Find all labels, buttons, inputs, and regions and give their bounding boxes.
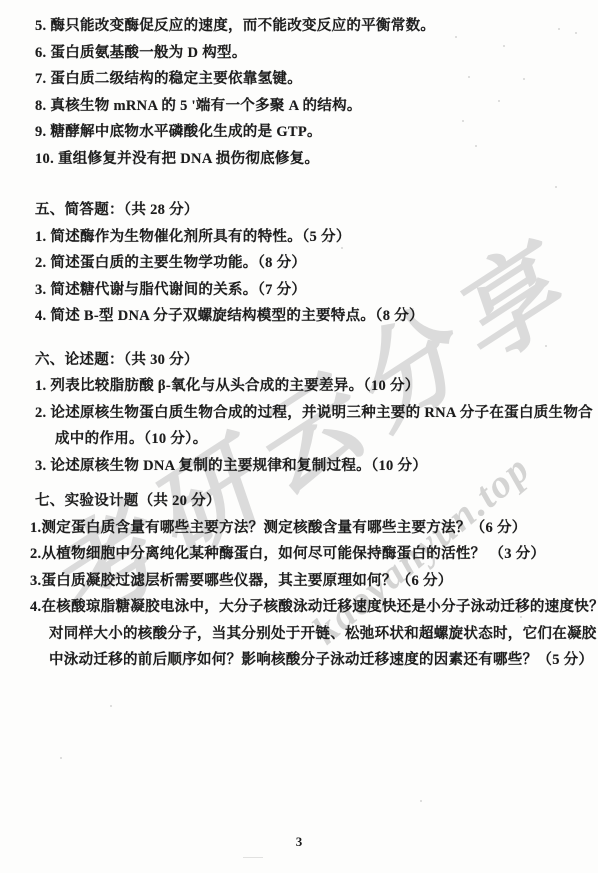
section-seven-item-2: 2.从植物细胞中分离纯化某种酶蛋白，如何尽可能保持酶蛋白的活性？ （3 分） [30,541,591,568]
section-seven-item-4-line-1: 4.在核酸琼脂糖凝胶电泳中，大分子核酸泳动迁移速度快还是小分子泳动迁移的速度快？ [30,594,591,621]
judge-item-6: 6. 蛋白质氨基酸一般为 D 构型。 [35,40,591,67]
scan-noise-dot [60,757,62,759]
section-seven-title: 七、实验设计题（共 20 分） [35,488,591,515]
section-six-item-1: 1. 列表比较脂肪酸 β-氧化与从头合成的主要差异。（10 分） [35,373,591,400]
exam-content: 5. 酶只能改变酶促反应的速度，而不能改变反应的平衡常数。 6. 蛋白质氨基酸一… [35,13,591,674]
section-five-short-answer: 五、简答题：（共 28 分） 1. 简述酶作为生物催化剂所具有的特性。（5 分）… [35,197,591,330]
page-number: 3 [0,834,598,850]
section-five-item-2: 2. 简述蛋白质的主要生物学功能。（8 分） [35,250,591,277]
section-seven-experiment-design: 七、实验设计题（共 20 分） 1.测定蛋白质含量有哪些主要方法？测定核酸含量有… [35,488,591,674]
judge-item-5: 5. 酶只能改变酶促反应的速度，而不能改变反应的平衡常数。 [35,13,591,40]
section-seven-item-1: 1.测定蛋白质含量有哪些主要方法？测定核酸含量有哪些主要方法？（6 分） [30,515,591,542]
scan-noise-dot [420,800,422,802]
section-six-item-3: 3. 论述原核生物 DNA 复制的主要规律和复制过程。（10 分） [35,453,591,480]
judge-item-10: 10. 重组修复并没有把 DNA 损伤彻底修复。 [35,146,591,173]
judgement-items-block: 5. 酶只能改变酶促反应的速度，而不能改变反应的平衡常数。 6. 蛋白质氨基酸一… [35,13,591,172]
section-five-item-3: 3. 简述糖代谢与脂代谢间的关系。（7 分） [35,277,591,304]
section-seven-item-4-line-2: 对同样大小的核酸分子，当其分别处于开链、松弛环状和超螺旋状态时，它们在凝胶 [30,621,591,648]
section-six-item-2-line-2: 成中的作用。（10 分）。 [35,426,591,453]
judge-item-9: 9. 糖酵解中底物水平磷酸化生成的是 GTP。 [35,119,591,146]
exam-page: 考研云分享 kaoyanyun.top 5. 酶只能改变酶促反应的速度，而不能改… [0,0,598,873]
section-six-item-2-line-1: 2. 论述原核生物蛋白质生物合成的过程，并说明三种主要的 RNA 分子在蛋白质生… [35,400,591,427]
scan-noise-dot [110,705,112,707]
scan-noise-dash [243,857,263,858]
section-five-title: 五、简答题：（共 28 分） [35,197,591,224]
judge-item-7: 7. 蛋白质二级结构的稳定主要依靠氢键。 [35,66,591,93]
section-six-title: 六、论述题：（共 30 分） [35,347,591,374]
section-seven-item-4-line-3: 中泳动迁移的前后顺序如何？影响核酸分子泳动迁移速度的因素还有哪些？（5 分） [30,647,591,674]
section-five-item-4: 4. 简述 B-型 DNA 分子双螺旋结构模型的主要特点。（8 分） [35,303,591,330]
section-six-essay: 六、论述题：（共 30 分） 1. 列表比较脂肪酸 β-氧化与从头合成的主要差异… [35,347,591,480]
judge-item-8: 8. 真核生物 mRNA 的 5 '端有一个多聚 A 的结构。 [35,93,591,120]
section-five-item-1: 1. 简述酶作为生物催化剂所具有的特性。（5 分） [35,224,591,251]
section-seven-item-3: 3.蛋白质凝胶过滤层析需要哪些仪器，其主要原理如何？（6 分） [30,568,591,595]
